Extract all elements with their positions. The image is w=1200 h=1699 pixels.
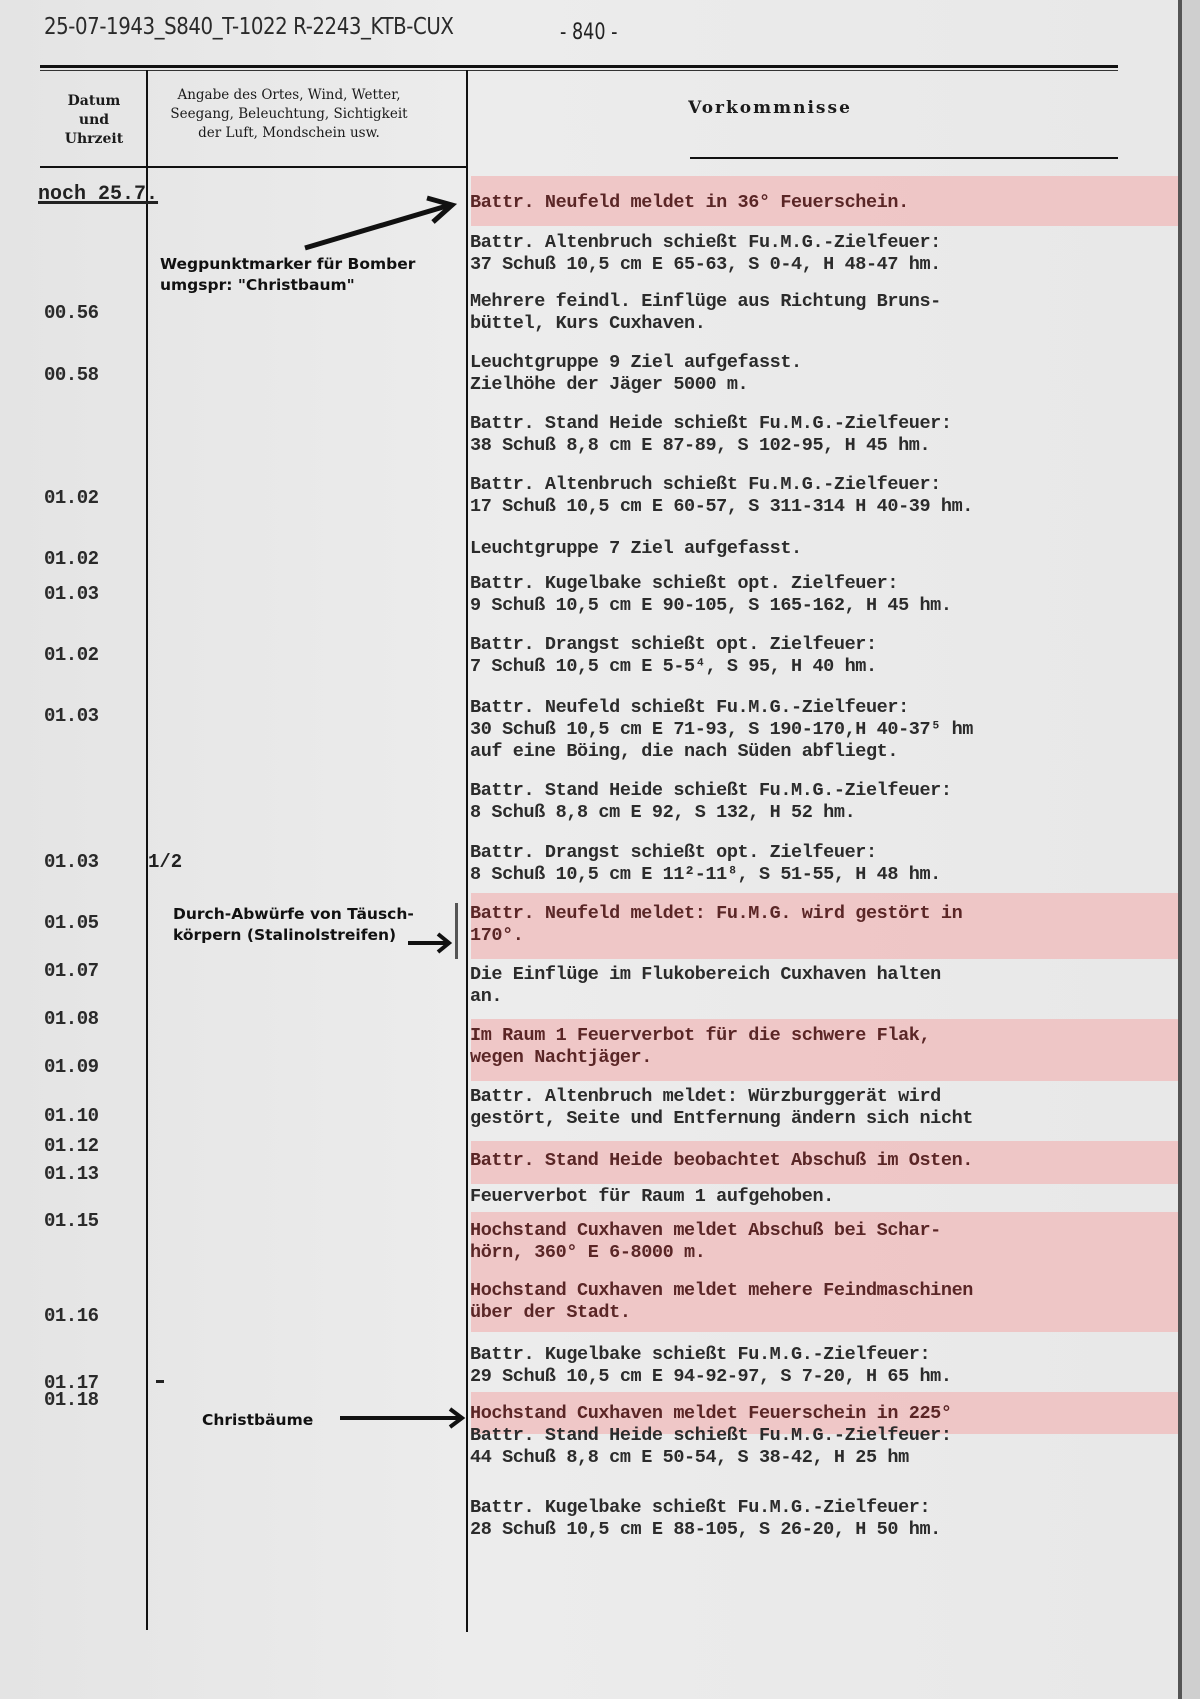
event-entry: Battr. Kugelbake schießt Fu.M.G.-Zielfeu… bbox=[470, 1497, 1180, 1541]
place-note: 1/2 bbox=[148, 851, 182, 873]
event-entry: Battr. Drangst schießt opt. Zielfeuer: 8… bbox=[470, 842, 1180, 886]
header-bottom-rule bbox=[40, 166, 468, 168]
event-entry: Battr. Stand Heide schießt Fu.M.G.-Zielf… bbox=[470, 1425, 1180, 1469]
annotation-christbaum-marker: Wegpunktmarker für Bomber umgspr: "Chris… bbox=[160, 254, 415, 296]
time-entry: 01.03 bbox=[44, 705, 134, 727]
adjacent-page-margin bbox=[1182, 0, 1200, 1699]
annotation-chaff: Durch-Abwürfe von Täusch- körpern (Stali… bbox=[173, 904, 414, 946]
event-entry: Battr. Kugelbake schießt opt. Zielfeuer:… bbox=[470, 573, 1180, 617]
time-entry: 00.58 bbox=[44, 364, 134, 386]
document-id: 25-07-1943_S840_T-1022 R-2243_KTB-CUX bbox=[44, 14, 454, 40]
time-entry: 01.16 bbox=[44, 1305, 134, 1327]
time-entry: 01.02 bbox=[44, 644, 134, 666]
time-entry: 00.56 bbox=[44, 302, 134, 324]
event-entry: Battr. Altenbruch schießt Fu.M.G.-Zielfe… bbox=[470, 232, 1180, 276]
header-place: Angabe des Ortes, Wind, Wetter, Seegang,… bbox=[148, 86, 430, 143]
time-entry: 01.03 bbox=[44, 583, 134, 605]
margin-bar bbox=[455, 903, 458, 959]
time-entry: 01.03 bbox=[44, 851, 134, 873]
event-entry: Battr. Stand Heide schießt Fu.M.G.-Zielf… bbox=[470, 780, 1180, 824]
event-entry: Im Raum 1 Feuerverbot für die schwere Fl… bbox=[470, 1025, 1180, 1069]
header-bottom-rule-right bbox=[690, 157, 1118, 159]
time-entry: 01.13 bbox=[44, 1163, 134, 1185]
event-entry: Battr. Neufeld schießt Fu.M.G.-Zielfeuer… bbox=[470, 697, 1180, 763]
event-entry: Hochstand Cuxhaven meldet Feuerschein in… bbox=[470, 1403, 1180, 1425]
event-entry: Battr. Stand Heide schießt Fu.M.G.-Zielf… bbox=[470, 413, 1180, 457]
event-entry: Die Einflüge im Flukobereich Cuxhaven ha… bbox=[470, 964, 1180, 1008]
time-entry: 01.09 bbox=[44, 1056, 134, 1078]
event-entry: Battr. Drangst schießt opt. Zielfeuer: 7… bbox=[470, 634, 1180, 678]
time-entry: 01.08 bbox=[44, 1008, 134, 1030]
event-entry: Battr. Altenbruch schießt Fu.M.G.-Zielfe… bbox=[470, 474, 1180, 518]
event-entry: Leuchtgruppe 7 Ziel aufgefasst. bbox=[470, 538, 1180, 560]
time-entry: 01.18 bbox=[44, 1389, 134, 1411]
header-events: Vorkommnisse bbox=[470, 98, 1070, 118]
tick-mark bbox=[156, 1380, 164, 1383]
top-rule-thin bbox=[40, 70, 1118, 71]
column-divider-place bbox=[466, 70, 468, 1632]
event-entry: Battr. Stand Heide beobachtet Abschuß im… bbox=[470, 1150, 1180, 1172]
event-entry: Battr. Neufeld meldet in 36° Feuerschein… bbox=[470, 192, 1180, 214]
event-entry: Hochstand Cuxhaven meldet Abschuß bei Sc… bbox=[470, 1220, 1180, 1264]
annotation-christbaeume: Christbäume bbox=[202, 1410, 313, 1431]
event-entry: Leuchtgruppe 9 Ziel aufgefasst. Zielhöhe… bbox=[470, 352, 1180, 396]
time-entry: 01.05 bbox=[44, 912, 134, 934]
event-entry: Mehrere feindl. Einflüge aus Richtung Br… bbox=[470, 291, 1180, 335]
date-label: noch 25.7. bbox=[38, 183, 158, 206]
header-date: Datum und Uhrzeit bbox=[50, 92, 138, 149]
event-entry: Battr. Kugelbake schießt Fu.M.G.-Zielfeu… bbox=[470, 1344, 1180, 1388]
event-entry: Hochstand Cuxhaven meldet mehere Feindma… bbox=[470, 1280, 1180, 1324]
top-rule bbox=[40, 65, 1118, 68]
page-number: - 840 - bbox=[560, 20, 617, 45]
time-entry: 01.02 bbox=[44, 548, 134, 570]
time-entry: 01.07 bbox=[44, 960, 134, 982]
event-entry: Feuerverbot für Raum 1 aufgehoben. bbox=[470, 1186, 1180, 1208]
time-entry: 01.10 bbox=[44, 1105, 134, 1127]
event-entry: Battr. Altenbruch meldet: Würzburggerät … bbox=[470, 1086, 1180, 1130]
event-entry: Battr. Neufeld meldet: Fu.M.G. wird gest… bbox=[470, 903, 1180, 947]
time-entry: 01.02 bbox=[44, 487, 134, 509]
time-entry: 01.15 bbox=[44, 1210, 134, 1232]
time-entry: 01.12 bbox=[44, 1135, 134, 1157]
column-divider-date bbox=[146, 70, 148, 1630]
